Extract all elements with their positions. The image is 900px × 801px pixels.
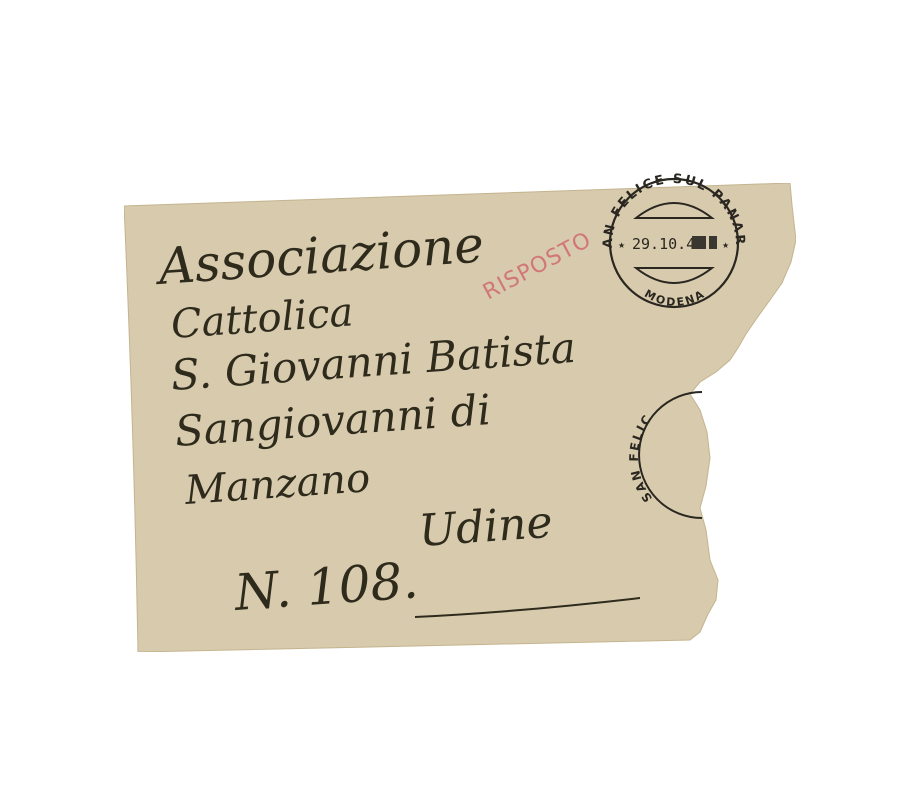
svg-text:★: ★ — [618, 241, 627, 250]
envelope-scene: SAN FELICE SUL PANARO MODENA ★ ★ 29.10.4… — [0, 0, 900, 801]
svg-text:★: ★ — [722, 241, 731, 250]
address-line-6: Udine — [417, 497, 554, 557]
